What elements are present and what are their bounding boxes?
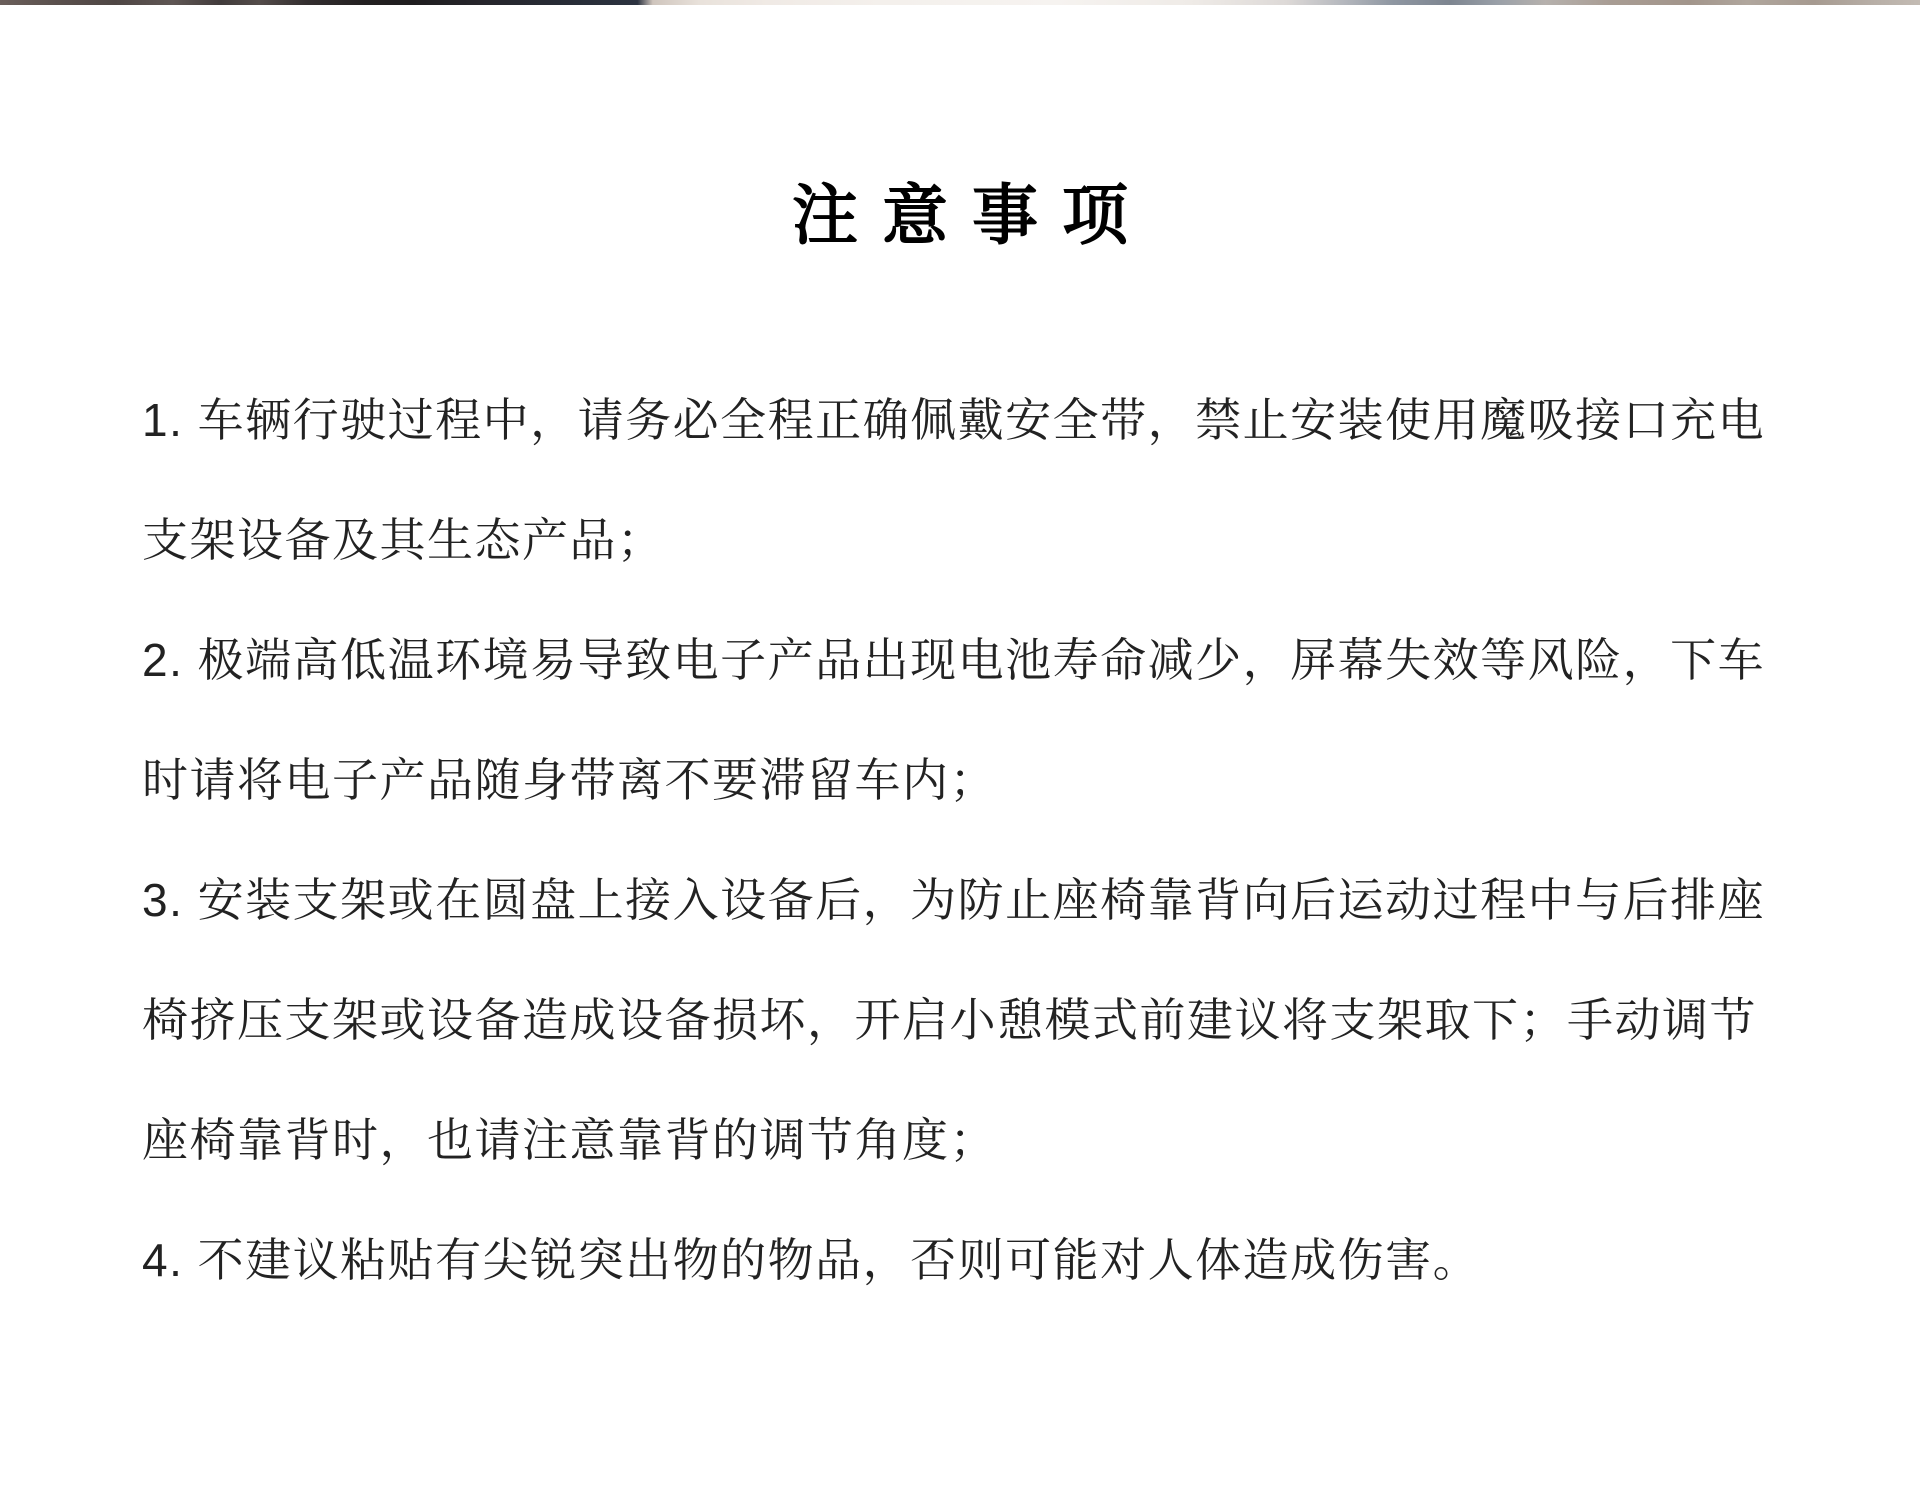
notice-line: 1. 车辆行驶过程中，请务必全程正确佩戴安全带，禁止安装使用魔吸接口充电 [142, 360, 1822, 480]
notice-line: 支架设备及其生态产品； [142, 480, 1822, 600]
notice-line: 座椅靠背时，也请注意靠背的调节角度； [142, 1080, 1822, 1200]
notice-line: 3. 安装支架或在圆盘上接入设备后，为防止座椅靠背向后运动过程中与后排座 [142, 840, 1822, 960]
page-title: 注意事项 [0, 177, 1920, 253]
notice-line: 2. 极端高低温环境易导致电子产品出现电池寿命减少，屏幕失效等风险，下车 [142, 600, 1822, 720]
notice-line: 椅挤压支架或设备造成设备损坏，开启小憩模式前建议将支架取下；手动调节 [142, 960, 1822, 1080]
notice-line: 时请将电子产品随身带离不要滞留车内； [142, 720, 1822, 840]
notice-list: 1. 车辆行驶过程中，请务必全程正确佩戴安全带，禁止安装使用魔吸接口充电 支架设… [142, 360, 1822, 1320]
page-top-photo-edge [0, 0, 1920, 5]
notice-line: 4. 不建议粘贴有尖锐突出物的物品，否则可能对人体造成伤害。 [142, 1200, 1822, 1320]
